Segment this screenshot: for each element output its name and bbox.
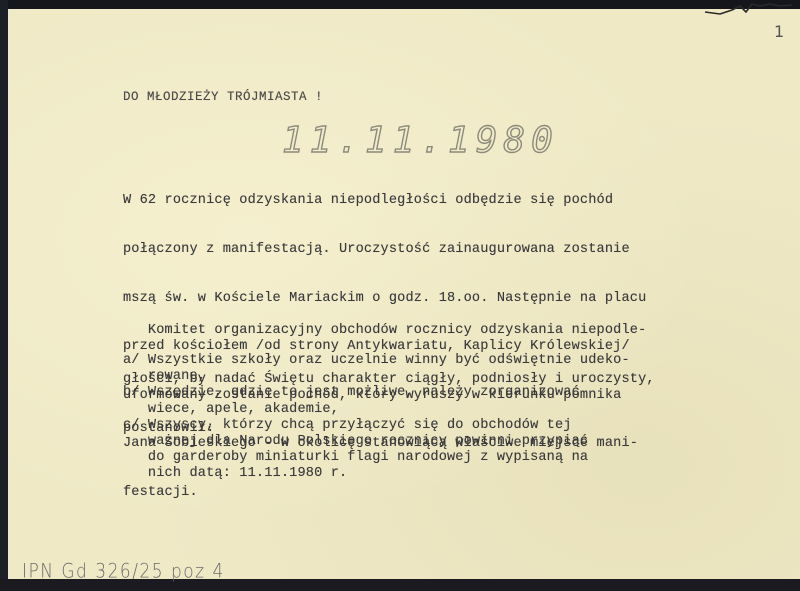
text-line: festacji. — [123, 485, 646, 501]
list-item-continuation: wiece, apele, akademie, — [123, 402, 630, 418]
date-stencil: 11.11.1980 — [282, 120, 559, 161]
list-item: b/ Wszędzie, gdzie to jest możliwe, nale… — [123, 385, 630, 401]
scan-border-left — [0, 0, 8, 591]
list-item-continuation: do garderoby miniaturki flagi narodowej … — [123, 450, 630, 466]
list-item: c/ Wszyscy, którzy chcą przyłączyć się d… — [123, 418, 630, 434]
handwritten-scribble-icon — [700, 0, 800, 20]
document-heading: DO MŁODZIEŻY TRÓJMIASTA ! — [123, 89, 323, 105]
text-line: połączony z manifestacją. Uroczystość za… — [123, 242, 646, 258]
page-number: 1 — [774, 22, 784, 41]
text-line: Komitet organizacyjny obchodów rocznicy … — [123, 323, 655, 339]
list-item-continuation: rowane, — [123, 369, 630, 385]
list-item-continuation: ważnej dla Narodu Polskiego rocznicy pow… — [123, 434, 630, 450]
resolution-list: a/ Wszystkie szkoły oraz uczelnie winny … — [123, 353, 630, 483]
list-item-continuation: nich datą: 11.11.1980 r. — [123, 466, 630, 482]
archive-signature: IPN Gd 326/25 poz 4 — [22, 560, 225, 583]
list-item: a/ Wszystkie szkoły oraz uczelnie winny … — [123, 353, 630, 369]
text-line: W 62 rocznicę odzyskania niepodległości … — [123, 193, 646, 209]
